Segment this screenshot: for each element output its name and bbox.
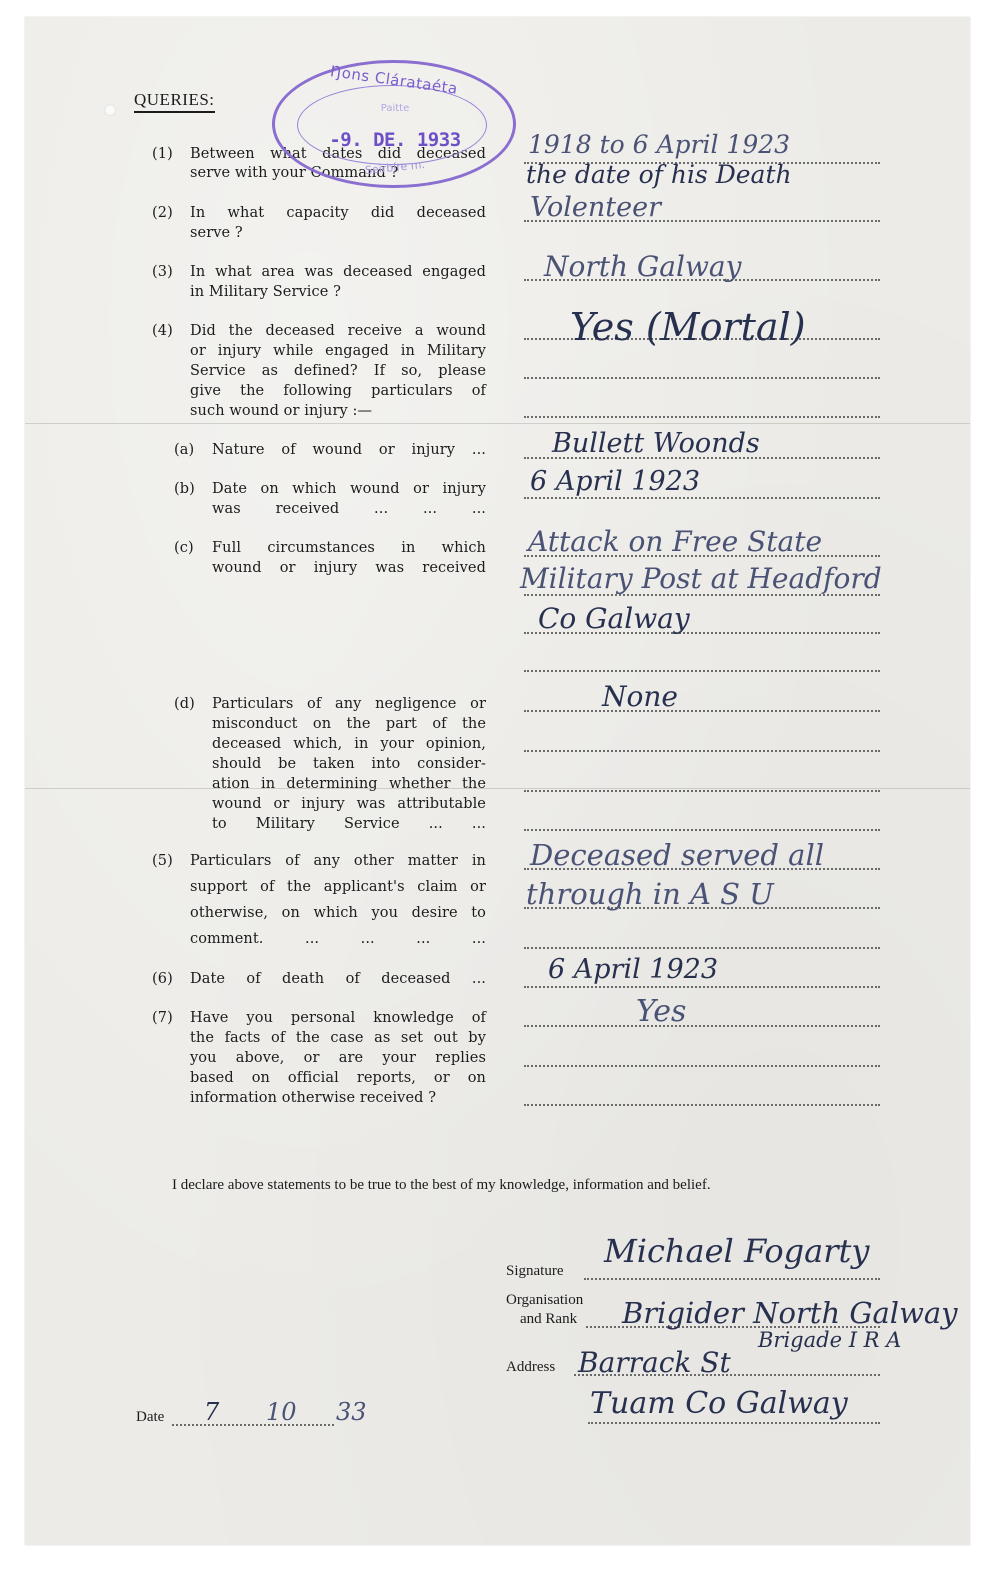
answer-4c-line-1: Attack on Free State [528, 525, 822, 558]
answer-line [524, 790, 880, 792]
address-line-2 [588, 1422, 880, 1424]
paper-fold-line [25, 788, 970, 789]
answer-line [524, 416, 880, 418]
stamp-date: -9. DE. 1933 [275, 129, 515, 151]
answer-4c-line-3: Co Galway [538, 602, 690, 635]
answer-line [524, 947, 880, 949]
answer-5-line-2: through in A S U [526, 877, 774, 911]
answer-4b: 6 April 1923 [530, 466, 700, 497]
question-number: (1) [152, 145, 190, 165]
answer-6: 6 April 1923 [548, 954, 718, 985]
answer-1-line-2: the date of his Death [526, 160, 792, 189]
answer-5-line-1: Deceased served all [530, 838, 824, 872]
organisation-value: Brigider North Galway [622, 1296, 958, 1330]
answer-2: Volenteer [530, 192, 661, 223]
answer-line [524, 1025, 880, 1027]
answer-4c-line-2: Military Post at Headford [520, 562, 882, 595]
punch-hole [104, 104, 116, 116]
date-line [172, 1424, 334, 1426]
address-label: Address [506, 1358, 555, 1376]
declaration-text: I declare above statements to be true to… [134, 1175, 882, 1196]
address-value-line-2: Tuam Co Galway [590, 1386, 848, 1421]
answer-3: North Galway [544, 250, 741, 283]
rank-label: and Rank [520, 1310, 577, 1328]
organisation-label: Organisation [506, 1291, 583, 1309]
answer-line [524, 829, 880, 831]
answer-7: Yes [636, 994, 686, 1029]
signature-line [584, 1278, 880, 1280]
queries-heading: QUERIES: [134, 90, 215, 113]
answer-4d: None [602, 680, 678, 713]
address-value-line-1: Barrack St [578, 1346, 731, 1379]
answer-line [524, 710, 880, 712]
date-year: 33 [336, 1398, 367, 1426]
answer-line [524, 670, 880, 672]
answer-line [524, 986, 880, 988]
stamp-middle-text: Paitte [275, 103, 515, 114]
signature-label: Signature [506, 1262, 564, 1280]
answer-line [524, 1065, 880, 1067]
date-label: Date [136, 1408, 164, 1426]
answer-4a: Bullett Woonds [552, 428, 760, 459]
paper-fold-line [25, 423, 970, 424]
date-day: 7 [204, 1398, 219, 1426]
date-month: 10 [266, 1398, 297, 1426]
answer-4: Yes (Mortal) [570, 305, 806, 349]
answer-line [524, 750, 880, 752]
answer-line [524, 497, 880, 499]
answer-line [524, 1104, 880, 1106]
answer-1-line-1: 1918 to 6 April 1923 [528, 130, 790, 159]
received-date-stamp: Ŋons Clárataéta Paitte -9. DE. 1933 Seir… [272, 60, 516, 188]
signature-value: Michael Fogarty [604, 1232, 869, 1270]
answer-line [524, 377, 880, 379]
organisation-value-line-2: Brigade I R A [758, 1328, 901, 1352]
